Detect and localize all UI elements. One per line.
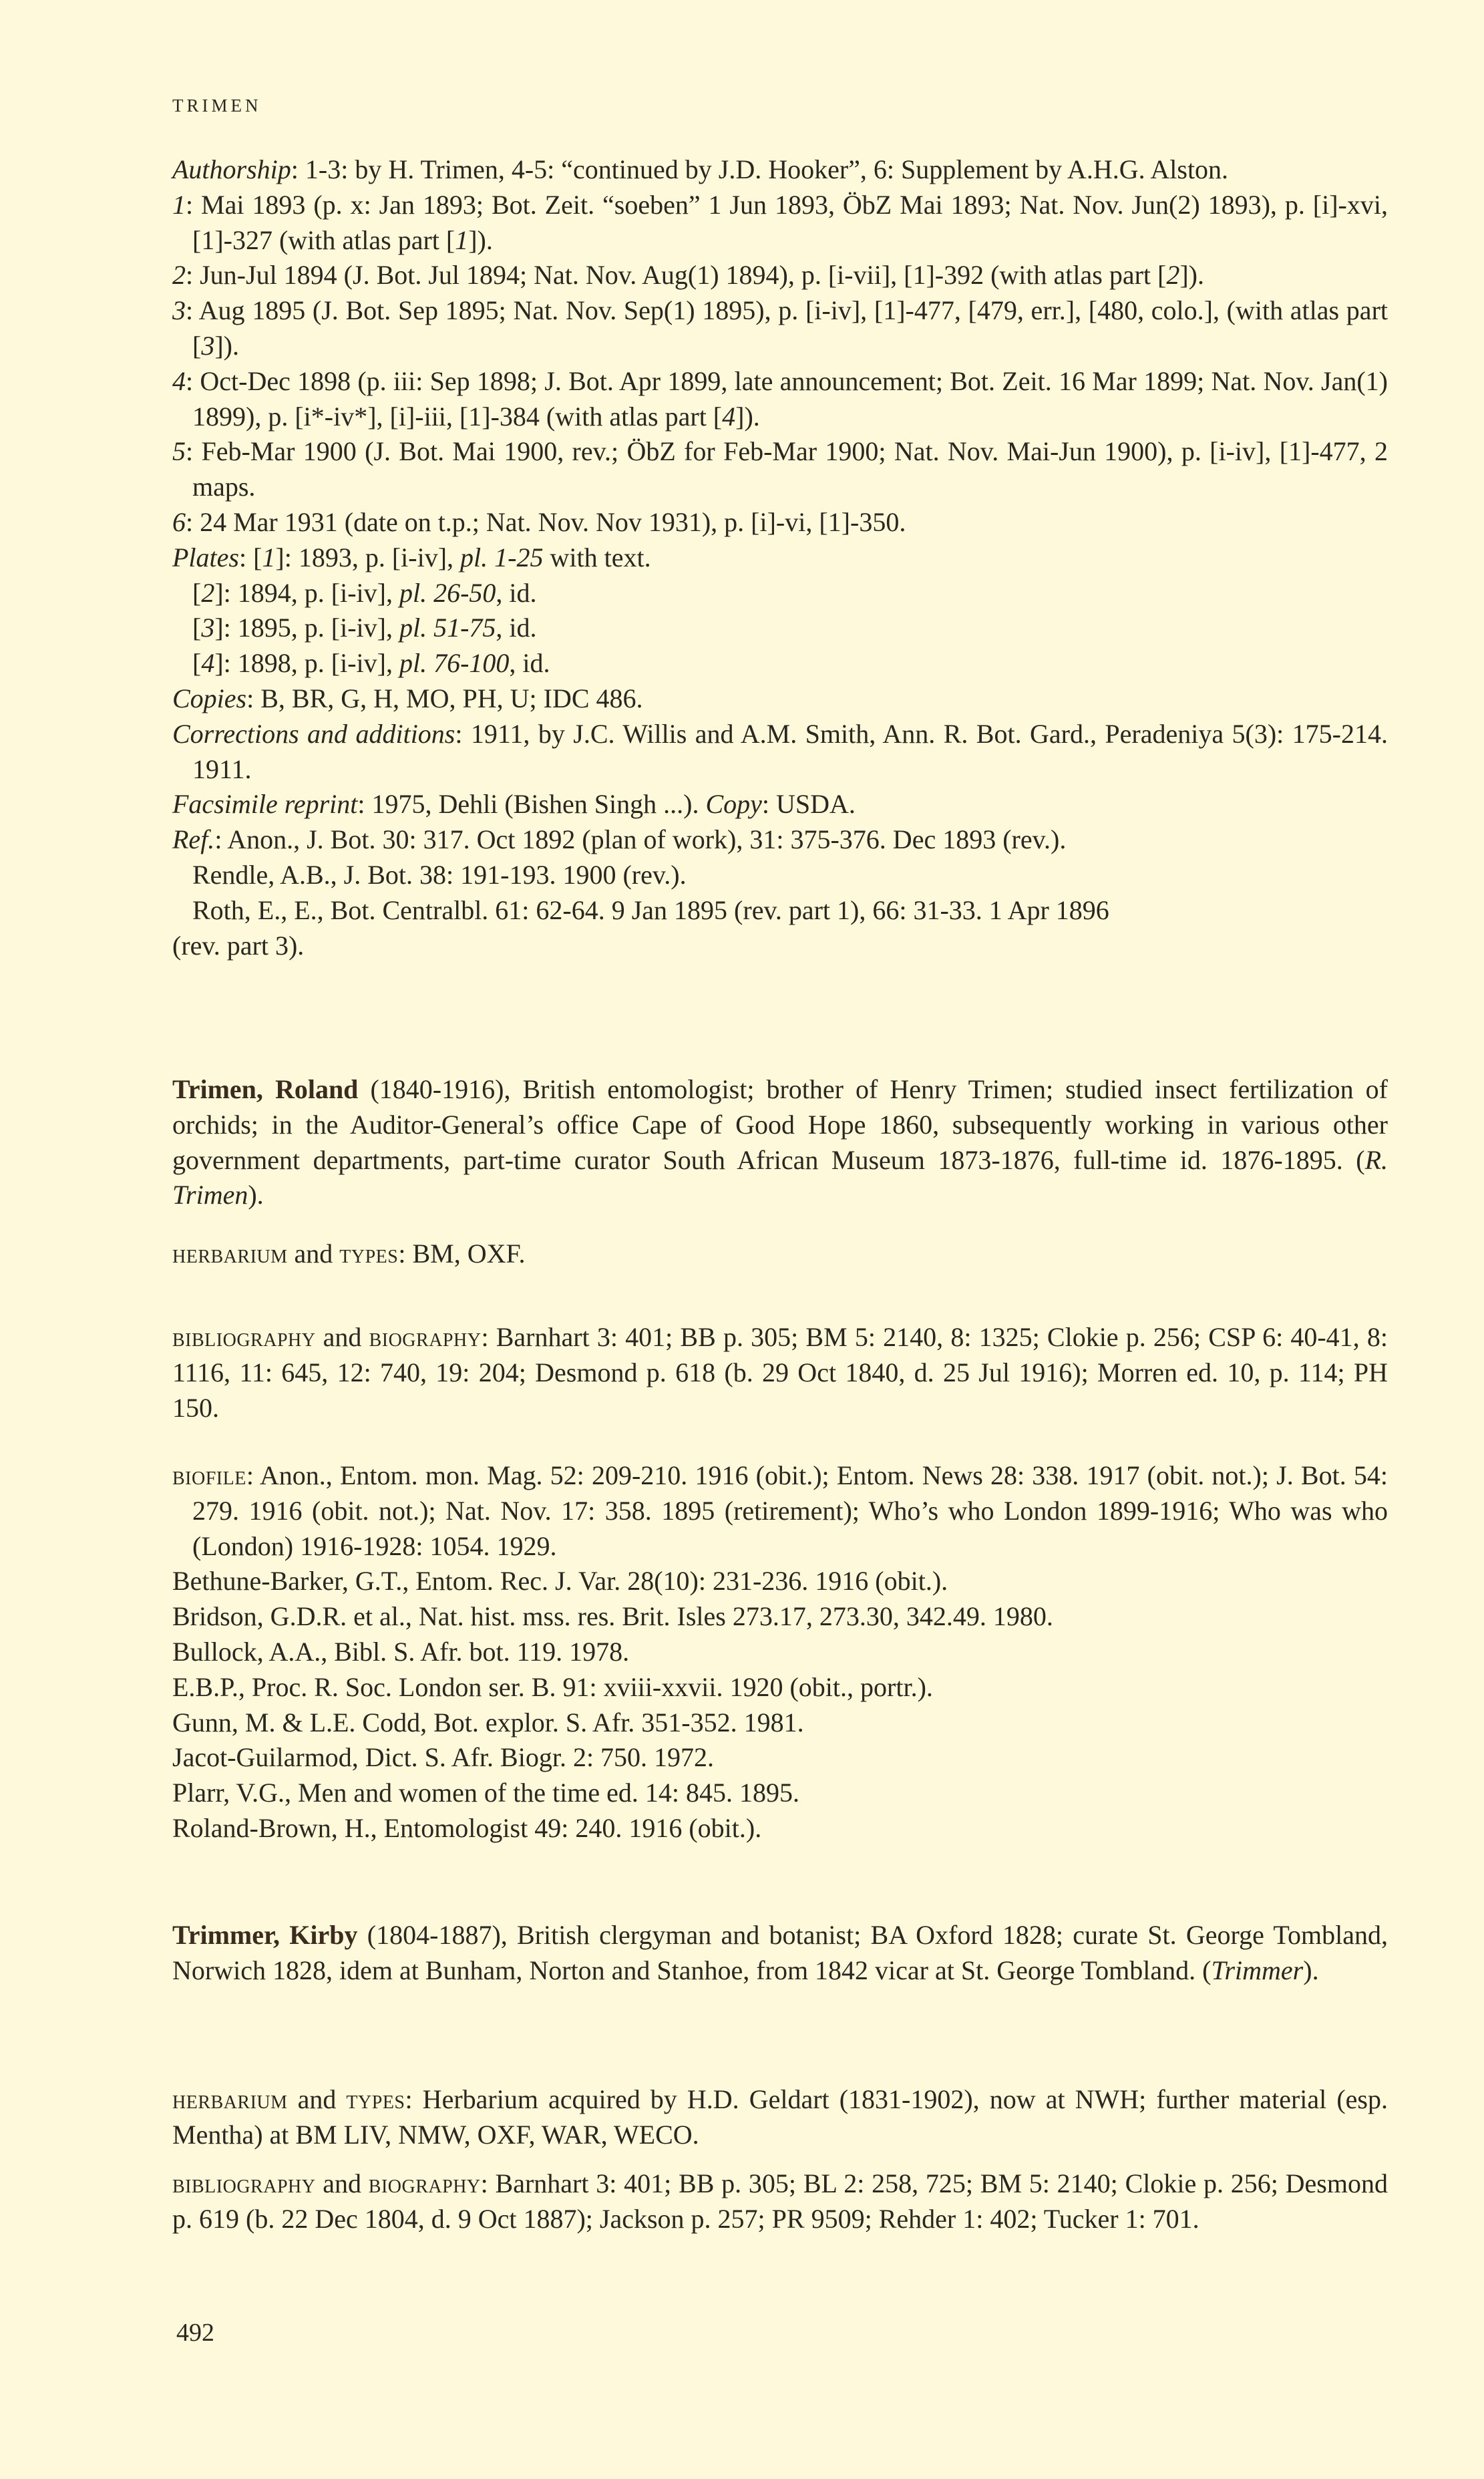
and-text: and [315,1322,369,1352]
plate-text: ]: 1898, p. [i-iv], [214,648,399,678]
ref-label: Ref. [172,824,214,854]
part-4-line: 4: Oct-Dec 1898 (p. iii: Sep 1898; J. Bo… [172,364,1388,435]
biofile-text: : Anon., Entom. mon. Mag. 52: 209-210. 1… [192,1460,1388,1561]
authorship-line: Authorship: 1-3: by H. Trimen, 4-5: “con… [172,152,1388,188]
biofile-item: Jacot-Guilarmod, Dict. S. Afr. Biogr. 2:… [172,1740,1388,1776]
part-1-line: 1: Mai 1893 (p. x: Jan 1893; Bot. Zeit. … [172,188,1388,259]
ref-line: Rendle, A.B., J. Bot. 38: 191-193. 1900 … [172,858,1388,893]
biofile-section: Biofile: Anon., Entom. mon. Mag. 52: 209… [172,1458,1388,1846]
plate-text: with text. [543,542,651,572]
plate-num: 2 [201,578,214,608]
copies-label: Copies [172,683,246,713]
part-text: : Jun-Jul 1894 (J. Bot. Jul 1894; Nat. N… [186,260,1166,290]
part-tail: ]). [214,331,239,361]
facsimile-text: : 1975, Dehli (Bishen Singh ...). [357,789,705,819]
authorship-text: : 1-3: by H. Trimen, 4-5: “continued by … [291,154,1228,184]
entry-trimmer-kirby: Trimmer, Kirby (1804-1887), British cler… [172,1918,1388,1989]
copy-text: : USDA. [762,789,856,819]
part-text: : Feb-Mar 1900 (J. Bot. Mai 1900, rev.; … [186,436,1388,502]
part-label: 6 [172,507,186,537]
plate-text: , id. [509,648,550,678]
plate-text: , id. [496,613,536,643]
entry-name: Trimmer, Kirby [172,1920,358,1950]
atlas-part: 4 [722,401,735,432]
biofile-item: Bethune-Barker, G.T., Entom. Rec. J. Var… [172,1564,1388,1599]
corrections-label: Corrections and additions [172,719,455,749]
plate-text: , id. [496,578,536,608]
entry-name: Trimen, Roland [172,1074,358,1104]
plates-line: Plates: [1]: 1893, p. [i-iv], pl. 1-25 w… [172,540,1388,576]
entry-bio: Trimen, Roland (1840-1916), British ento… [172,1072,1388,1213]
part-text: : Oct-Dec 1898 (p. iii: Sep 1898; J. Bot… [186,366,1388,432]
ref-line: Ref.: Anon., J. Bot. 30: 317. Oct 1892 (… [172,822,1388,858]
biofile-item: Bridson, G.D.R. et al., Nat. hist. mss. … [172,1599,1388,1635]
part-label: 3 [172,295,186,325]
biography-label: Biography [369,1322,482,1352]
part-label: 2 [172,260,186,290]
author-abbreviation: Trimmer [1211,1955,1303,1985]
plate-range: pl. 51-75 [399,613,496,643]
plate-text: [ [192,648,201,678]
plate-range: pl. 1-25 [460,542,543,572]
atlas-part: 1 [455,225,468,255]
bibliography-label: Bibliography [172,2168,315,2198]
part-label: 1 [172,190,186,220]
entry-bio: Trimmer, Kirby (1804-1887), British cler… [172,1918,1388,1989]
plates-line: [2]: 1894, p. [i-iv], pl. 26-50, id. [172,576,1388,611]
part-2-line: 2: Jun-Jul 1894 (J. Bot. Jul 1894; Nat. … [172,258,1388,293]
herbarium-text: : BM, OXF. [398,1238,525,1269]
ref-line: (rev. part 3). [172,929,1388,964]
part-6-line: 6: 24 Mar 1931 (date on t.p.; Nat. Nov. … [172,505,1388,540]
plate-text: : [ [239,542,262,572]
ref-line: Roth, E., E., Bot. Centralbl. 61: 62-64.… [172,893,1388,929]
plate-text: ]: 1894, p. [i-iv], [214,578,399,608]
herbarium-line: Herbarium and Types: Herbarium acquired … [172,2082,1388,2153]
biofile-item: E.B.P., Proc. R. Soc. London ser. B. 91:… [172,1670,1388,1705]
part-label: 5 [172,436,186,466]
facsimile-label: Facsimile reprint [172,789,357,819]
atlas-part: 3 [201,331,214,361]
and-text: and [288,1238,340,1269]
bio-tail: ). [1303,1955,1318,1985]
types-label: Types [346,2084,405,2114]
plate-num: 1 [262,542,275,572]
plate-text: [ [192,613,201,643]
copies-text: : B, BR, G, H, MO, PH, U; IDC 486. [246,683,642,713]
part-3-line: 3: Aug 1895 (J. Bot. Sep 1895; Nat. Nov.… [172,293,1388,364]
herbarium-label: Herbarium [172,2084,288,2114]
plates-line: [3]: 1895, p. [i-iv], pl. 51-75, id. [172,611,1388,646]
and-text: and [315,2168,368,2198]
work-entry: Authorship: 1-3: by H. Trimen, 4-5: “con… [172,152,1388,963]
plates-line: [4]: 1898, p. [i-iv], pl. 76-100, id. [172,646,1388,681]
part-text: : 24 Mar 1931 (date on t.p.; Nat. Nov. N… [186,507,906,537]
plate-range: pl. 26-50 [399,578,496,608]
herbarium-label: Herbarium [172,1238,288,1269]
biofile-label: Biofile [172,1460,246,1490]
biofile-line: Biofile: Anon., Entom. mon. Mag. 52: 209… [172,1458,1388,1564]
part-text: : Aug 1895 (J. Bot. Sep 1895; Nat. Nov. … [186,295,1388,361]
part-tail: ]). [1179,260,1204,290]
bibliography-section: Bibliography and Biography: Barnhart 3: … [172,2166,1388,2237]
biography-label: Biography [369,2168,481,2198]
herbarium-line: Herbarium and Types: BM, OXF. [172,1236,1388,1272]
bibliography-line: Bibliography and Biography: Barnhart 3: … [172,1320,1388,1426]
and-text: and [288,2084,347,2114]
bibliography-line: Bibliography and Biography: Barnhart 3: … [172,2166,1388,2237]
running-head: TRIMEN [172,96,262,116]
plates-label: Plates [172,542,239,572]
entry-trimen-roland: Trimen, Roland (1840-1916), British ento… [172,1072,1388,1213]
biofile-item: Plarr, V.G., Men and women of the time e… [172,1776,1388,1811]
plate-text: ]: 1893, p. [i-iv], [275,542,460,572]
copies-line: Copies: B, BR, G, H, MO, PH, U; IDC 486. [172,681,1388,717]
ref-text: : Anon., J. Bot. 30: 317. Oct 1892 (plan… [214,824,1066,854]
part-5-line: 5: Feb-Mar 1900 (J. Bot. Mai 1900, rev.;… [172,434,1388,505]
biofile-item: Roland-Brown, H., Entomologist 49: 240. … [172,1811,1388,1846]
types-label: Types [339,1238,398,1269]
part-label: 4 [172,366,186,396]
corrections-line: Corrections and additions: 1911, by J.C.… [172,717,1388,788]
biofile-item: Gunn, M. & L.E. Codd, Bot. explor. S. Af… [172,1705,1388,1741]
part-tail: ]). [468,225,493,255]
facsimile-line: Facsimile reprint: 1975, Dehli (Bishen S… [172,787,1388,822]
biofile-item: Bullock, A.A., Bibl. S. Afr. bot. 119. 1… [172,1635,1388,1670]
bibliography-section: Bibliography and Biography: Barnhart 3: … [172,1320,1388,1426]
plate-text: ]: 1895, p. [i-iv], [214,613,399,643]
plate-range: pl. 76-100 [399,648,509,678]
part-tail: ]). [735,401,760,432]
copy-label: Copy [705,789,761,819]
atlas-part: 2 [1166,260,1179,290]
plate-num: 4 [201,648,214,678]
bibliography-label: Bibliography [172,1322,315,1352]
page-number: 492 [176,2318,214,2347]
part-text: : Mai 1893 (p. x: Jan 1893; Bot. Zeit. “… [186,190,1388,255]
bio-tail: ). [248,1180,263,1210]
herbarium-section: Herbarium and Types: BM, OXF. [172,1236,1388,1272]
plate-num: 3 [201,613,214,643]
herbarium-section: Herbarium and Types: Herbarium acquired … [172,2082,1388,2153]
plate-text: [ [192,578,201,608]
authorship-label: Authorship [172,154,291,184]
